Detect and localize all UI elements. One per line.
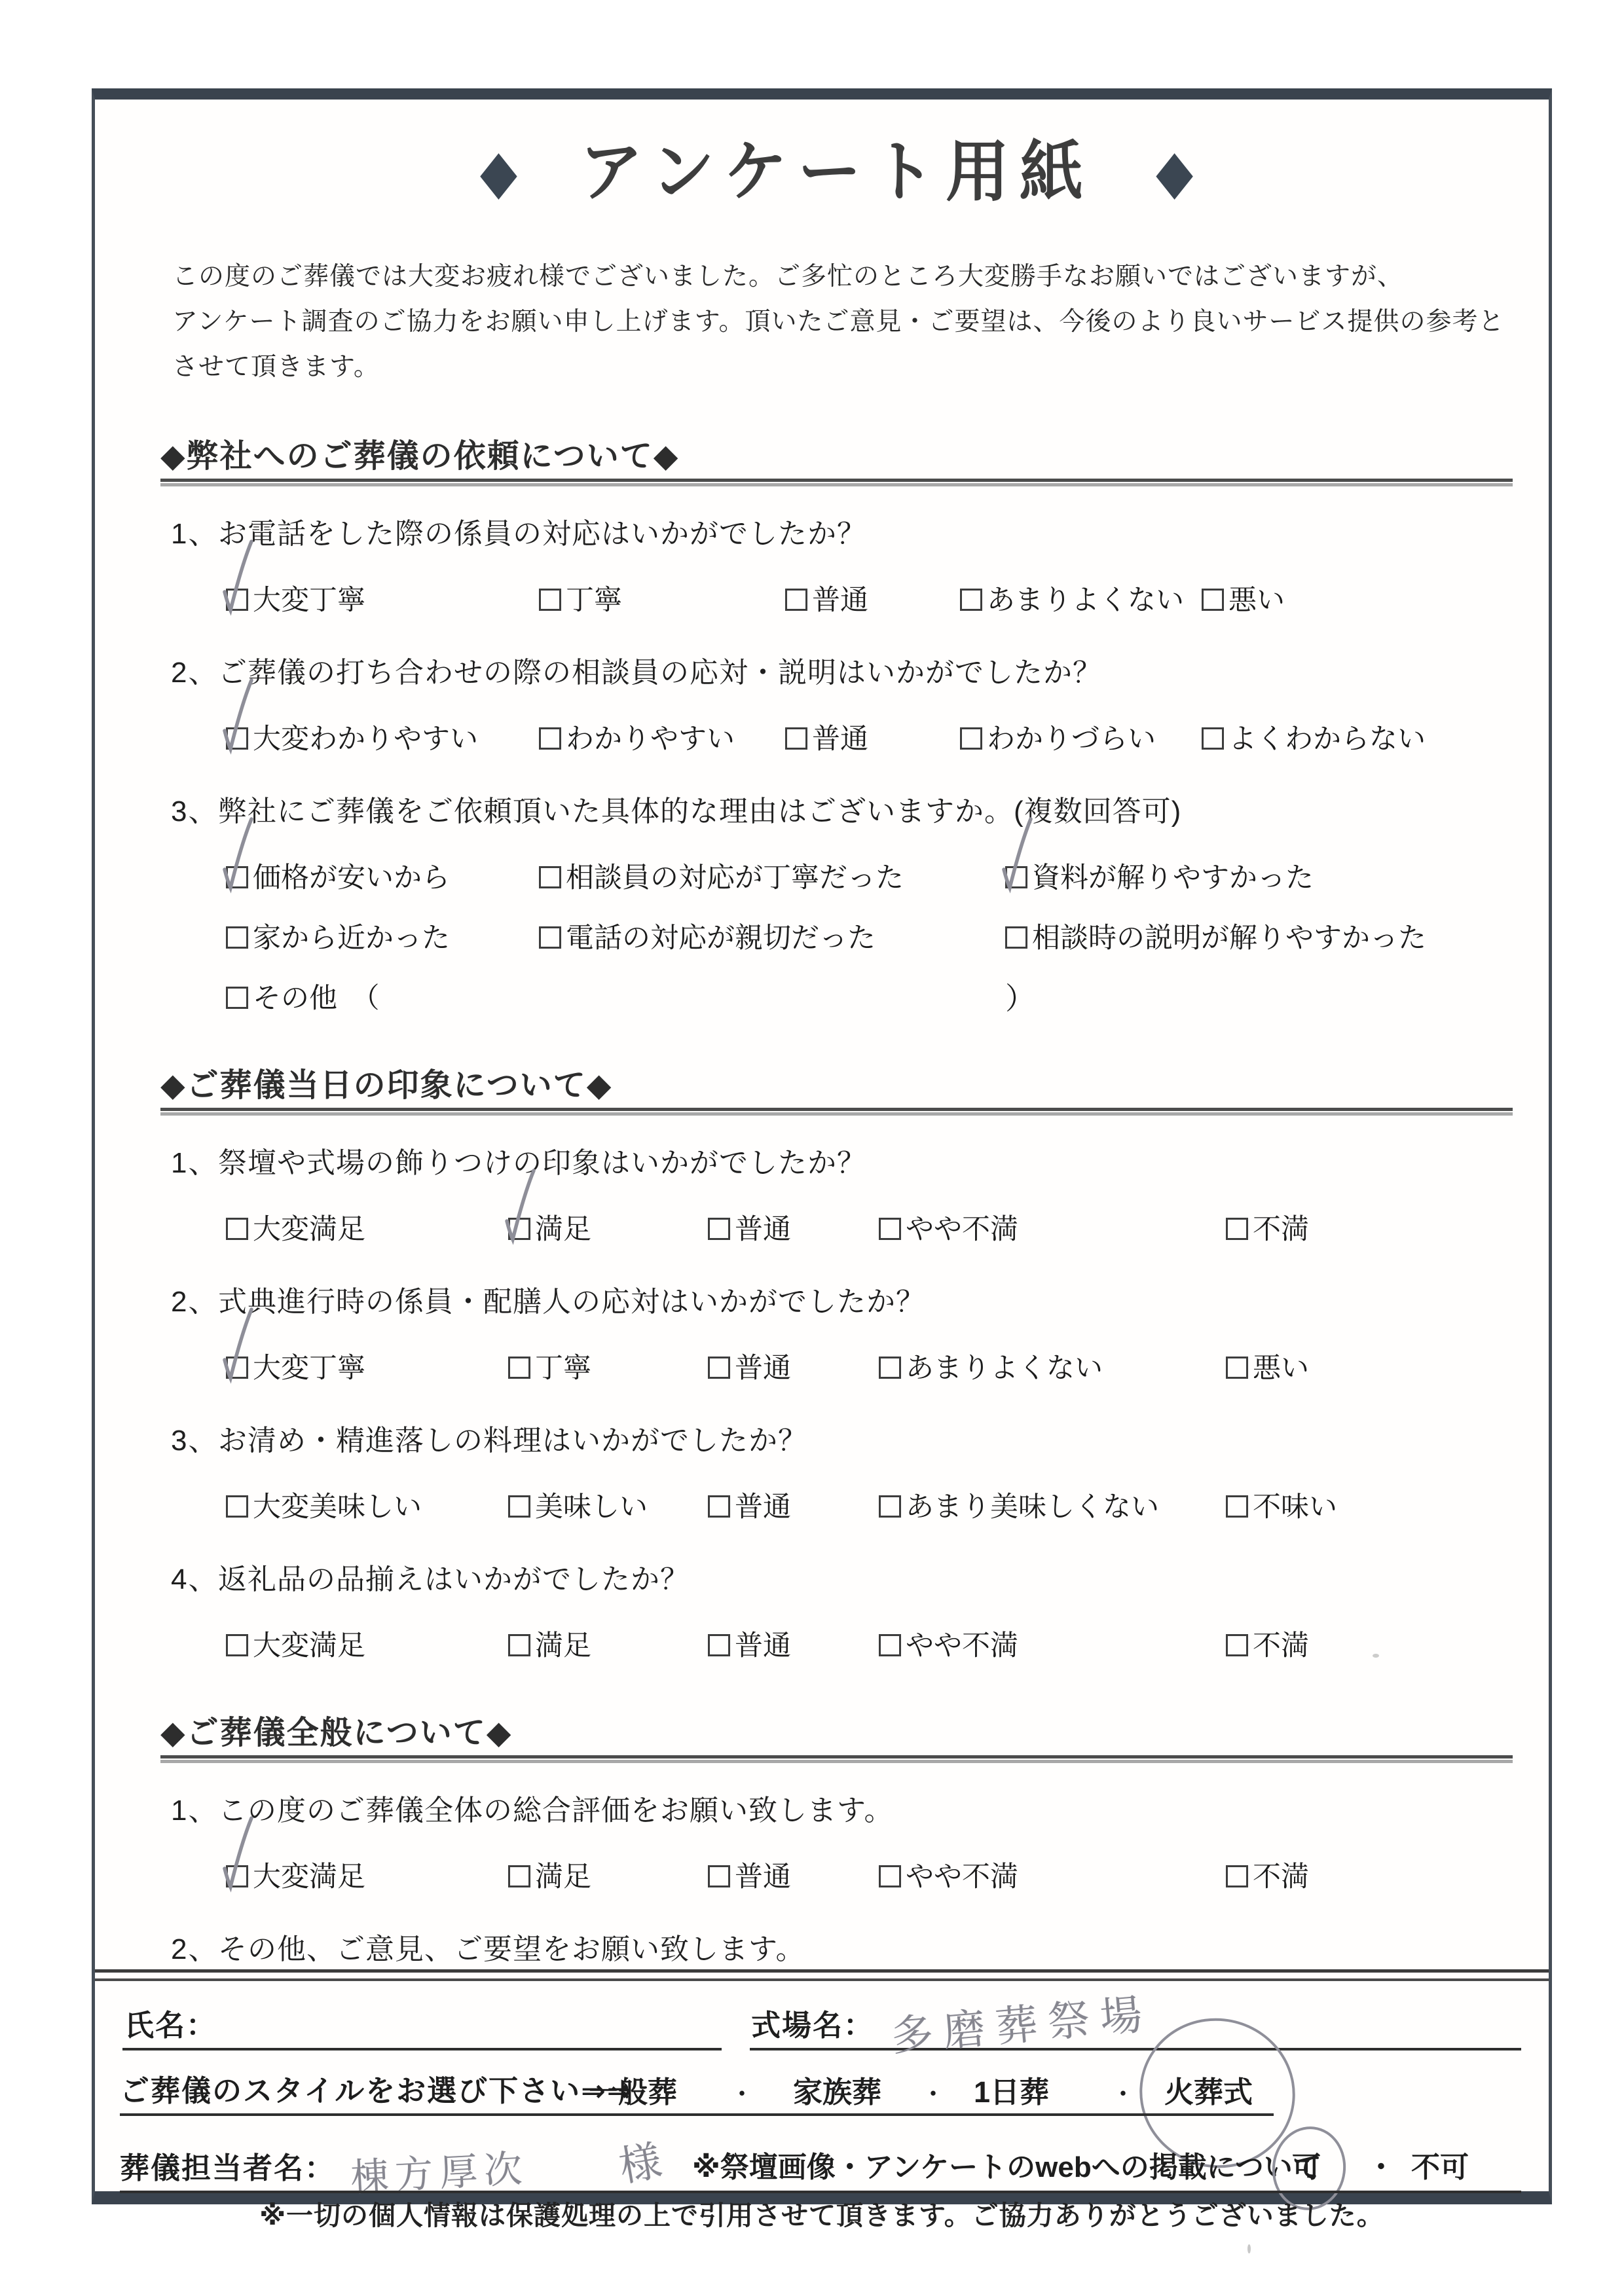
footer-row-note: ※一切の個人情報は保護処理の上で引用させて頂きます。ご協力ありがとうございました… — [95, 2193, 1549, 2242]
answer-option-label: 不満 — [1253, 1630, 1309, 1662]
checkbox-icon — [226, 727, 248, 750]
footer-block: 氏名： 式場名： 多磨葬祭場 ご葬儀のスタイルをお選び下さい⇒⇒ 一般葬・家族葬… — [95, 1969, 1549, 2242]
option-row: 大変丁寧丁寧普通あまりよくない悪い — [160, 580, 1513, 621]
answer-option-label: あまり美味しくない — [906, 1491, 1159, 1523]
footer-separator — [95, 1969, 1549, 1981]
answer-option[interactable]: 不満 — [1226, 1626, 1309, 1666]
question-line: 2、ご葬儀の打ち合わせの際の相談員の応対・説明はいかがでしたか？ — [160, 653, 1513, 693]
answer-option[interactable]: 丁寧 — [508, 1348, 591, 1389]
answer-option[interactable]: 大変満足 — [226, 1209, 365, 1250]
answer-option[interactable]: やや不満 — [879, 1209, 1018, 1250]
question-2-4: 4、返礼品の品揃えはいかがでしたか？大変満足満足普通やや不満不満 — [160, 1560, 1513, 1666]
question-text: 祭壇や式場の飾りつけの印象はいかがでしたか？ — [218, 1144, 866, 1183]
question-number: 4、 — [160, 1560, 218, 1599]
style-option-label: 家族葬 — [793, 2075, 881, 2109]
web-publish-ok-option[interactable]: 可 — [1292, 2143, 1321, 2185]
answer-option-label: 丁寧 — [566, 585, 622, 616]
answer-option-label: 悪い — [1228, 585, 1285, 616]
checkbox-icon — [1226, 1357, 1248, 1379]
question-line: 4、返礼品の品揃えはいかがでしたか？ — [160, 1560, 1513, 1599]
answer-option[interactable]: 普通 — [708, 1487, 791, 1527]
checkbox-icon — [708, 1495, 730, 1518]
answer-option[interactable]: 家から近かった — [226, 918, 450, 958]
answer-option[interactable]: 不満 — [1226, 1209, 1309, 1250]
survey-content: ◆ アンケート用紙 ◆ この度のご葬儀では大変お疲れ様でございました。ご多忙のと… — [95, 100, 1549, 1969]
option-row: 大変美味しい美味しい普通あまり美味しくない不味い — [160, 1487, 1513, 1527]
question-number: 2、 — [160, 1930, 218, 1969]
question-text: その他、ご意見、ご要望をお願い致します。 — [218, 1930, 805, 1969]
question-line: 1、お電話をした際の係員の対応はいかがでしたか？ — [160, 515, 1513, 554]
title-diamond-right-icon: ◆ — [1156, 141, 1193, 202]
answer-option[interactable]: あまり美味しくない — [879, 1487, 1159, 1527]
checkbox-icon — [785, 589, 807, 611]
answer-option-label: あまりよくない — [987, 585, 1184, 616]
answer-option[interactable]: 価格が安いから — [226, 858, 450, 898]
answer-option[interactable]: 満足 — [508, 1209, 591, 1250]
option-row: 大変丁寧丁寧普通あまりよくない悪い — [160, 1348, 1513, 1389]
checkbox-icon — [960, 589, 982, 611]
checkbox-icon — [226, 1218, 248, 1240]
option-row: 大変満足満足普通やや不満不満 — [160, 1626, 1513, 1666]
option-row: 家から近かった電話の対応が親切だった相談時の説明が解りやすかった — [160, 918, 1513, 958]
checkbox-icon — [226, 1634, 248, 1656]
answer-option[interactable]: 美味しい — [508, 1487, 648, 1527]
web-option-separator: ・ — [1367, 2143, 1395, 2185]
answer-option[interactable]: わかりづらい — [960, 719, 1156, 759]
answer-option-label: 普通 — [735, 1353, 791, 1384]
checkbox-icon — [508, 1357, 530, 1379]
checkbox-icon — [879, 1634, 901, 1656]
question-text: 弊社にご葬儀をご依頼頂いた具体的な理由はございますか。(複数回答可) — [218, 792, 1181, 831]
web-publish-ng-option[interactable]: 不可 — [1411, 2143, 1469, 2185]
checkbox-icon — [879, 1495, 901, 1518]
answer-option-label: やや不満 — [906, 1861, 1018, 1893]
checkbox-icon — [539, 727, 561, 750]
checkbox-icon — [1226, 1865, 1248, 1887]
answer-option[interactable]: 相談時の説明が解りやすかった — [1005, 918, 1426, 958]
intro-paragraph: この度のご葬儀では大変お疲れ様でございました。ご多忙のところ大変勝手なお願いでは… — [160, 254, 1513, 390]
director-label: 葬儀担当者名： — [120, 2144, 335, 2187]
answer-option-label: やや不満 — [906, 1214, 1018, 1245]
checkbox-icon — [1005, 926, 1027, 949]
web-ok-text: 可 — [1292, 2151, 1321, 2183]
name-label: 氏名： — [124, 2001, 217, 2044]
question-2-3: 3、お清め・精進落しの料理はいかがでしたか？大変美味しい美味しい普通あまり美味し… — [160, 1421, 1513, 1527]
answer-option[interactable]: 満足 — [508, 1857, 591, 1897]
section-heading-2: ◆ご葬儀当日の印象について◆ — [160, 1065, 1513, 1111]
checkbox-icon — [226, 866, 248, 888]
answer-option-label: あまりよくない — [906, 1353, 1103, 1384]
checkbox-icon — [539, 866, 561, 888]
checkbox-icon — [960, 727, 982, 750]
style-option-3[interactable]: 1日葬 — [974, 2068, 1049, 2111]
checkbox-icon — [226, 1495, 248, 1518]
answer-option-label: 普通 — [735, 1491, 791, 1523]
funeral-style-label: ご葬儀のスタイルをお選び下さい⇒⇒ — [120, 2067, 633, 2109]
checkbox-icon — [508, 1495, 530, 1518]
footer-row-style: ご葬儀のスタイルをお選び下さい⇒⇒ 一般葬・家族葬・1日葬・火葬式 — [95, 2050, 1549, 2116]
style-option-label: 火葬式 — [1164, 2075, 1253, 2109]
checkbox-icon — [708, 1865, 730, 1887]
question-text: 式典進行時の係員・配膳人の応対はいかがでしたか？ — [218, 1283, 925, 1322]
answer-option-label: 悪い — [1253, 1353, 1309, 1384]
question-1-3: 3、弊社にご葬儀をご依頼頂いた具体的な理由はございますか。(複数回答可)価格が安… — [160, 792, 1513, 1019]
section-heading-text: ◆ご葬儀全般について◆ — [160, 1712, 1513, 1754]
footer-row-director: 葬儀担当者名： 棟方厚次 様 ※祭壇画像・アンケートのwebへの掲載について 可… — [95, 2116, 1549, 2193]
answer-option-label: 満足 — [535, 1861, 591, 1893]
question-number: 3、 — [160, 1421, 218, 1461]
answer-option[interactable]: 相談員の対応が丁寧だった — [539, 858, 904, 898]
answer-option-label: 大変満足 — [253, 1214, 365, 1245]
answer-option-label: ） — [1005, 981, 1035, 1015]
style-option-separator: ・ — [729, 2073, 755, 2111]
answer-option[interactable]: 丁寧 — [539, 580, 622, 621]
answer-option-label: 普通 — [735, 1214, 791, 1245]
question-number: 1、 — [160, 1144, 218, 1183]
other-paren-close: ） — [1005, 978, 1035, 1019]
intro-line-2: アンケート調査のご協力をお願い申し上げます。頂いたご意見・ご要望は、今後のより良… — [172, 299, 1513, 390]
question-text: お電話をした際の係員の対応はいかがでしたか？ — [218, 515, 866, 554]
answer-option[interactable]: 普通 — [708, 1209, 791, 1250]
page-title-row: ◆ アンケート用紙 ◆ — [160, 128, 1513, 215]
checkbox-icon — [226, 926, 248, 949]
page-title: アンケート用紙 — [580, 138, 1094, 205]
checkbox-icon — [226, 1865, 248, 1887]
answer-option-label: 大変満足 — [253, 1630, 365, 1662]
option-row: その他 （） — [160, 978, 1513, 1019]
answer-option-label: 大変丁寧 — [253, 1353, 365, 1384]
question-line: 2、式典進行時の係員・配膳人の応対はいかがでしたか？ — [160, 1283, 1513, 1322]
answer-option-label: 不満 — [1253, 1861, 1309, 1893]
question-1-2: 2、ご葬儀の打ち合わせの際の相談員の応対・説明はいかがでしたか？大変わかりやすい… — [160, 653, 1513, 759]
answer-option-label: その他 （ — [253, 983, 380, 1014]
checkbox-icon — [539, 589, 561, 611]
answer-option[interactable]: 普通 — [708, 1857, 791, 1897]
section-heading-rule — [160, 1755, 1513, 1758]
answer-option[interactable]: あまりよくない — [960, 580, 1184, 621]
section-heading-rule — [160, 479, 1513, 482]
question-3-1: 1、この度のご葬儀全体の総合評価をお願い致します。大変満足満足普通やや不満不満 — [160, 1791, 1513, 1897]
answer-option[interactable]: その他 （ — [226, 978, 380, 1019]
answer-option-label: 普通 — [812, 585, 868, 616]
checkbox-icon — [879, 1357, 901, 1379]
question-number: 3、 — [160, 792, 218, 831]
style-option-4[interactable]: 火葬式 — [1164, 2068, 1253, 2111]
title-diamond-left-icon: ◆ — [480, 141, 517, 202]
answer-option-label: 普通 — [735, 1861, 791, 1893]
checkbox-icon — [785, 727, 807, 750]
scan-artifact — [1247, 2244, 1251, 2253]
question-text: この度のご葬儀全体の総合評価をお願い致します。 — [218, 1791, 893, 1831]
answer-option[interactable]: 大変美味しい — [226, 1487, 422, 1527]
answer-option-label: 相談時の説明が解りやすかった — [1032, 922, 1426, 954]
answer-option[interactable]: 悪い — [1202, 580, 1285, 621]
style-option-label: 一般葬 — [589, 2075, 677, 2109]
answer-option[interactable]: 悪い — [1226, 1348, 1309, 1389]
answer-option[interactable]: 大変わかりやすい — [226, 719, 478, 759]
answer-option[interactable]: やや不満 — [879, 1626, 1018, 1666]
question-number: 2、 — [160, 1283, 218, 1322]
venue-label: 式場名： — [751, 2001, 874, 2044]
checkbox-icon — [879, 1865, 901, 1887]
option-row: 大変わかりやすいわかりやすい普通わかりづらいよくわからない — [160, 719, 1513, 759]
answer-option[interactable]: 大変満足 — [226, 1626, 365, 1666]
sections-root: ◆弊社へのご葬儀の依頼について◆1、お電話をした際の係員の対応はいかがでしたか？… — [160, 390, 1513, 1969]
answer-option[interactable]: あまりよくない — [879, 1348, 1103, 1389]
answer-option-label: よくわからない — [1228, 723, 1426, 755]
section-heading-3: ◆ご葬儀全般について◆ — [160, 1712, 1513, 1758]
answer-option[interactable]: わかりやすい — [539, 719, 735, 759]
answer-option[interactable]: 資料が解りやすかった — [1005, 858, 1314, 898]
question-number: 1、 — [160, 1791, 218, 1831]
intro-line-1: この度のご葬儀では大変お疲れ様でございました。ご多忙のところ大変勝手なお願いでは… — [172, 254, 1513, 299]
checkbox-icon — [226, 1357, 248, 1379]
style-option-1[interactable]: 一般葬 — [589, 2068, 677, 2111]
survey-sheet: ◆ アンケート用紙 ◆ この度のご葬儀では大変お疲れ様でございました。ご多忙のと… — [92, 88, 1552, 2204]
answer-option[interactable]: やや不満 — [879, 1857, 1018, 1897]
question-line: 3、弊社にご葬儀をご依頼頂いた具体的な理由はございますか。(複数回答可) — [160, 792, 1513, 831]
answer-option[interactable]: 普通 — [785, 580, 868, 621]
scan-artifact — [1373, 1654, 1379, 1658]
style-option-label: 1日葬 — [974, 2075, 1049, 2109]
footer-row-name: 氏名： 式場名： 多磨葬祭場 — [95, 1981, 1549, 2050]
question-number: 2、 — [160, 653, 218, 693]
option-row: 価格が安いから相談員の対応が丁寧だった資料が解りやすかった — [160, 858, 1513, 898]
answer-option-label: 普通 — [735, 1630, 791, 1662]
section-heading-1: ◆弊社へのご葬儀の依頼について◆ — [160, 435, 1513, 482]
checkbox-icon — [508, 1218, 530, 1240]
option-row: 大変満足満足普通やや不満不満 — [160, 1209, 1513, 1250]
answer-option-label: 大変わかりやすい — [253, 723, 478, 755]
checkbox-icon — [708, 1218, 730, 1240]
question-1-1: 1、お電話をした際の係員の対応はいかがでしたか？大変丁寧丁寧普通あまりよくない悪… — [160, 515, 1513, 621]
answer-option-label: 資料が解りやすかった — [1032, 862, 1314, 894]
answer-option[interactable]: 普通 — [708, 1348, 791, 1389]
answer-option[interactable]: 普通 — [785, 719, 868, 759]
answer-option[interactable]: 大変丁寧 — [226, 1348, 365, 1389]
answer-option-label: 満足 — [535, 1214, 591, 1245]
answer-option[interactable]: 不味い — [1226, 1487, 1337, 1527]
question-text: 返礼品の品揃えはいかがでしたか？ — [218, 1560, 690, 1599]
answer-option-label: 大変満足 — [253, 1861, 365, 1893]
answer-option-label: やや不満 — [906, 1630, 1018, 1662]
answer-option-label: わかりやすい — [566, 723, 735, 755]
web-publish-label: ※祭壇画像・アンケートのwebへの掲載について — [692, 2143, 1321, 2185]
checkbox-icon — [226, 987, 248, 1009]
section-heading-rule — [160, 1108, 1513, 1111]
answer-option-label: 家から近かった — [253, 922, 450, 954]
style-option-separator: ・ — [1110, 2073, 1136, 2111]
style-option-separator: ・ — [920, 2073, 946, 2111]
answer-option[interactable]: 満足 — [508, 1626, 591, 1666]
question-3-2: 2、その他、ご意見、ご要望をお願い致します。 — [160, 1930, 1513, 1969]
checkbox-icon — [1226, 1218, 1248, 1240]
answer-option-label: 大変丁寧 — [253, 585, 365, 616]
answer-option-label: 電話の対応が親切だった — [566, 922, 876, 954]
checkbox-icon — [226, 589, 248, 611]
answer-option[interactable]: 普通 — [708, 1626, 791, 1666]
answer-option-label: 丁寧 — [535, 1353, 591, 1384]
checkbox-icon — [539, 926, 561, 949]
answer-option[interactable]: 電話の対応が親切だった — [539, 918, 876, 958]
answer-option[interactable]: 不満 — [1226, 1857, 1309, 1897]
question-line: 1、祭壇や式場の飾りつけの印象はいかがでしたか？ — [160, 1144, 1513, 1183]
question-2-2: 2、式典進行時の係員・配膳人の応対はいかがでしたか？大変丁寧丁寧普通あまりよくな… — [160, 1283, 1513, 1389]
checkbox-icon — [1226, 1495, 1248, 1518]
style-option-2[interactable]: 家族葬 — [793, 2068, 881, 2111]
handwritten-honorific: 様 — [614, 2127, 665, 2194]
checkbox-icon — [1005, 866, 1027, 888]
checkbox-icon — [879, 1218, 901, 1240]
question-text: ご葬儀の打ち合わせの際の相談員の応対・説明はいかがでしたか？ — [218, 653, 1102, 693]
checkbox-icon — [508, 1865, 530, 1887]
section-heading-text: ◆弊社へのご葬儀の依頼について◆ — [160, 435, 1513, 477]
question-line: 2、その他、ご意見、ご要望をお願い致します。 — [160, 1930, 1513, 1969]
answer-option-label: 価格が安いから — [253, 862, 450, 894]
answer-option-label: 大変美味しい — [253, 1491, 422, 1523]
answer-option-label: 相談員の対応が丁寧だった — [566, 862, 904, 894]
answer-option[interactable]: よくわからない — [1202, 719, 1426, 759]
answer-option-label: 満足 — [535, 1630, 591, 1662]
answer-option-label: 不味い — [1253, 1491, 1337, 1523]
question-line: 1、この度のご葬儀全体の総合評価をお願い致します。 — [160, 1791, 1513, 1831]
answer-option[interactable]: 大変満足 — [226, 1857, 365, 1897]
answer-option[interactable]: 大変丁寧 — [226, 580, 365, 621]
privacy-note: ※一切の個人情報は保護処理の上で引用させて頂きます。ご協力ありがとうございました… — [95, 2194, 1549, 2232]
answer-option-label: 美味しい — [535, 1491, 648, 1523]
question-text: お清め・精進落しの料理はいかがでしたか？ — [218, 1421, 807, 1461]
answer-option-label: 普通 — [812, 723, 868, 755]
question-2-1: 1、祭壇や式場の飾りつけの印象はいかがでしたか？大変満足満足普通やや不満不満 — [160, 1144, 1513, 1250]
checkbox-icon — [1226, 1634, 1248, 1656]
checkbox-icon — [708, 1357, 730, 1379]
answer-option-label: わかりづらい — [987, 723, 1156, 755]
checkbox-icon — [708, 1634, 730, 1656]
checkbox-icon — [1202, 589, 1224, 611]
question-number: 1、 — [160, 515, 218, 554]
section-heading-text: ◆ご葬儀当日の印象について◆ — [160, 1065, 1513, 1106]
option-row: 大変満足満足普通やや不満不満 — [160, 1857, 1513, 1897]
answer-option-label: 不満 — [1253, 1214, 1309, 1245]
checkbox-icon — [1202, 727, 1224, 750]
checkbox-icon — [508, 1634, 530, 1656]
question-line: 3、お清め・精進落しの料理はいかがでしたか？ — [160, 1421, 1513, 1461]
